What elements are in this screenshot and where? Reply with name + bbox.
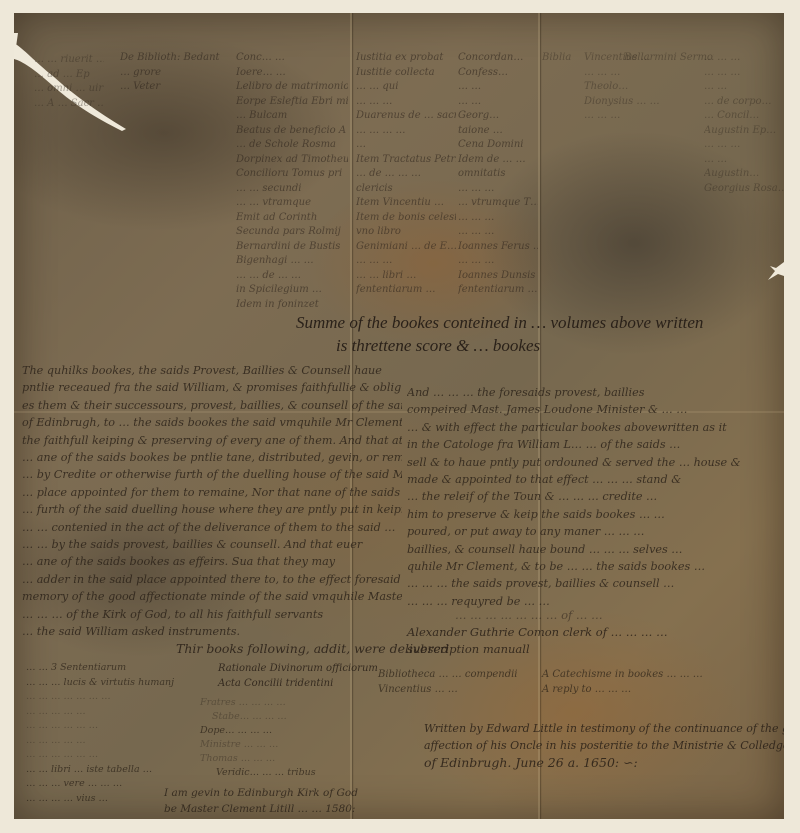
note-line: … … … … … …: [26, 719, 174, 734]
text-line: pntlie receaued fra the said William, & …: [22, 379, 402, 396]
summary-heading: Summe of the bookes conteined in … volum…: [296, 311, 776, 357]
note-line: … … … … … … …: [26, 690, 174, 705]
book-entry: Eorpe Esleftia Ebri mini: [236, 95, 348, 110]
book-list-column: Biblia: [542, 51, 582, 66]
left-paragraph: The quhilks bookes, the saids Provest, B…: [22, 362, 402, 641]
book-entry: Confess…: [458, 66, 538, 81]
book-entry: Augustin…: [704, 167, 784, 182]
note-line: … … … … … …: [26, 748, 174, 763]
text-line: compeired Mast. James Loudone Minister &…: [407, 401, 777, 418]
text-line: The quhilks bookes, the saids Provest, B…: [22, 362, 402, 379]
inscription-line: be Master Clement Litill … … 1580:: [164, 801, 358, 817]
book-entry: Concilioru Tomus pri: [236, 167, 348, 182]
book-list-column: Iustitia ex probat Iustitie collecta … ……: [356, 51, 456, 298]
signature-line: affection of his Oncle in his posteritie…: [424, 737, 784, 754]
text-line: sell & to haue pntly put ordouned & serv…: [407, 454, 777, 471]
text-line: memory of the good affectionate minde of…: [22, 588, 402, 605]
text-line: quhile Mr Clement, & to be … … the saids…: [407, 558, 777, 575]
book-entry: … … …: [704, 51, 784, 66]
book-entry: Iustitie collecta: [356, 66, 456, 81]
text-line: … … by the saids provest, baillies & cou…: [22, 536, 402, 553]
donation-inscription: I am gevin to Edinburgh Kirk of God be M…: [164, 785, 358, 817]
note-line: … … … … …: [26, 705, 174, 720]
book-entry: … … vtramque: [236, 196, 348, 211]
book-entry: … de corpo…: [704, 95, 784, 110]
book-entry: Lelibro de matrimonio: [236, 80, 348, 95]
book-list-column: Concordan… Confess… … … … … Georg… taion…: [458, 51, 538, 298]
book-entry: Bigenhagi … …: [236, 254, 348, 269]
book-entry: … … libri …: [356, 269, 456, 284]
book-entry: clericis: [356, 182, 456, 197]
book-entry: Idem de … …: [458, 153, 538, 168]
signature-note: Written by Edward Little in testimony of…: [424, 720, 784, 771]
parchment-document: … … riuerit … … ad … Ep … omni … uir ist…: [14, 13, 784, 819]
book-entry: … … de … …: [236, 269, 348, 284]
book-entry: omnitatis: [458, 167, 538, 182]
attestation-line: … … … … … … … of … …: [407, 607, 668, 624]
text-line: of Edinbrugh, to … the saids bookes the …: [22, 414, 402, 431]
bottom-middle-notes: Fratres … … … … Stabe… … … … Dope… … … ……: [200, 696, 316, 780]
book-entry: … omni … uir ista: [34, 82, 104, 97]
added-books-col2: Bibliotheca … … compendii Vincentius … …: [378, 667, 518, 697]
book-entry: … …: [704, 80, 784, 95]
text-line: … by Credite or otherwise furth of the d…: [22, 466, 402, 483]
note-line: … … libri … iste tabella …: [26, 763, 174, 778]
book-entry: Item de bonis celestibus: [356, 211, 456, 226]
book-entry: … … …: [704, 66, 784, 81]
book-entry: A Catechisme in bookes … … …: [542, 667, 703, 682]
text-line: … … … the saids provest, baillies & coun…: [407, 575, 777, 592]
book-entry: Rationale Divinorum officiorum: [218, 661, 378, 676]
text-line: the faithfull keiping & preserving of ev…: [22, 432, 402, 449]
right-paragraph: And … … … the foresaids provest, baillie…: [407, 384, 777, 610]
book-entry: … de … … …: [356, 167, 456, 182]
book-list-column: … … riuerit … … ad … Ep … omni … uir ist…: [34, 53, 104, 111]
book-entry: Acta Concilii tridentini: [218, 676, 378, 691]
book-list-column: … … … … … … … … … de corpo… … Concil… Au…: [704, 51, 784, 196]
text-line: … ane of the saids bookes be pntlie tane…: [22, 449, 402, 466]
attestation-line: Alexander Guthrie Comon clerk of … … … …: [407, 624, 668, 641]
book-entry: De Biblioth: Bedant: [120, 51, 220, 66]
note-line: … … … vere … … …: [26, 777, 174, 792]
book-entry: Item Tractatus Petri Sott: [356, 153, 456, 168]
book-entry: Iustitia ex probat: [356, 51, 456, 66]
summary-line: is threttene score & … bookes: [296, 334, 776, 357]
book-entry: taione …: [458, 124, 538, 139]
book-entry: … … …: [458, 225, 538, 240]
signature-line: Written by Edward Little in testimony of…: [424, 720, 784, 737]
book-entry: Georg…: [458, 109, 538, 124]
text-line: baillies, & counsell haue bound … … … se…: [407, 541, 777, 558]
book-entry: Beatus de beneficio A: [236, 124, 348, 139]
tear-damage-icon: [766, 260, 784, 282]
note-line: … … … … vius …: [26, 792, 174, 807]
book-entry: … … …: [356, 254, 456, 269]
book-entry: Bernardini de Bustis: [236, 240, 348, 255]
signature-date: of Edinbrugh. June 26 a. 1650: ∽:: [424, 754, 784, 771]
book-entry: vno libro: [356, 225, 456, 240]
note-line: Ministre … … …: [200, 738, 316, 752]
book-entry: … … …: [584, 109, 684, 124]
note-line: … … 3 Sententiarum: [26, 661, 174, 676]
text-line: … the said William asked instruments.: [22, 623, 402, 640]
text-line: made & appointed to that effect … … … st…: [407, 471, 777, 488]
text-line: … place appointed for them to remaine, N…: [22, 484, 402, 501]
note-line: Fratres … … … …: [200, 696, 316, 710]
text-line: … … contenied in the act of the delivera…: [22, 519, 402, 536]
book-entry: Bellarmini Sermones: [624, 51, 714, 66]
book-entry: Ioannes Ferus …: [458, 240, 538, 255]
book-entry: Ioere… …: [236, 66, 348, 81]
book-entry: … … … …: [356, 124, 456, 139]
note-line: … … … lucis & virtutis humanj: [26, 676, 174, 691]
book-entry: … … …: [584, 66, 684, 81]
book-entry: fententiarum …: [458, 283, 538, 298]
book-entry: … Bulcam: [236, 109, 348, 124]
book-entry: Secunda pars Rolmij: [236, 225, 348, 240]
book-entry: … … …: [458, 182, 538, 197]
note-line: Thomas … … …: [200, 752, 316, 766]
books-following-heading: Thir books following, addit, were delive…: [176, 640, 449, 657]
book-entry: … A … Sacr … ia: [34, 97, 104, 112]
book-entry: … … …: [704, 138, 784, 153]
book-entry: A reply to … … …: [542, 682, 703, 697]
book-entry: … … secundi: [236, 182, 348, 197]
text-line: … the releif of the Toun & … … … credite…: [407, 488, 777, 505]
book-entry: Bibliotheca … … compendii: [378, 667, 518, 682]
book-entry: Item Vincentiu …: [356, 196, 456, 211]
book-entry: in Spicilegium …: [236, 283, 348, 298]
book-entry: … Concil…: [704, 109, 784, 124]
book-entry: … grore: [120, 66, 220, 81]
book-entry: … …: [458, 80, 538, 95]
book-entry: Biblia: [542, 51, 582, 66]
book-entry: …: [356, 138, 456, 153]
book-entry: … … riuerit …: [34, 53, 104, 68]
bottom-left-notes: … … 3 Sententiarum … … … lucis & virtuti…: [26, 661, 174, 806]
book-entry: … de Schole Rosma: [236, 138, 348, 153]
book-entry: … … …: [458, 211, 538, 226]
text-line: … adder in the said place appointed ther…: [22, 571, 402, 588]
book-entry: … … qui: [356, 80, 456, 95]
book-entry: Emit ad Corinth: [236, 211, 348, 226]
book-entry: … …: [704, 153, 784, 168]
book-entry: … Veter: [120, 80, 220, 95]
book-entry: Conc… …: [236, 51, 348, 66]
text-line: … & with effect the particular bookes ab…: [407, 419, 777, 436]
book-entry: Genimiani … de E…: [356, 240, 456, 255]
book-entry: … …: [458, 95, 538, 110]
book-entry: Duarenus de … sacri: [356, 109, 456, 124]
text-line: him to preserve & keip the saids bookes …: [407, 506, 777, 523]
book-entry: … ad … Ep: [34, 68, 104, 83]
book-entry: … … …: [458, 254, 538, 269]
text-line: es them & their successours, provest, ba…: [22, 397, 402, 414]
text-line: … ane of the saids bookes as effeirs. Su…: [22, 553, 402, 570]
book-entry: Idem in foninzet: [236, 298, 348, 313]
book-list-column: De Biblioth: Bedant … grore … Veter: [120, 51, 220, 95]
note-line: Veridic… … … tribus: [200, 766, 316, 780]
book-entry: Theolo…: [584, 80, 684, 95]
added-books-col1: Rationale Divinorum officiorum Acta Conc…: [218, 661, 378, 691]
book-list-column: Conc… … Ioere… … Lelibro de matrimonio E…: [236, 51, 348, 312]
book-entry: Concordan…: [458, 51, 538, 66]
note-line: Stabe… … … …: [200, 710, 316, 724]
book-entry: … … …: [356, 95, 456, 110]
book-list-column: Bellarmini Sermones: [624, 51, 714, 66]
book-entry: Georgius Rosa…: [704, 182, 784, 197]
text-line: … … … of the Kirk of God, to all his fai…: [22, 606, 402, 623]
text-line: … furth of the said duelling house where…: [22, 501, 402, 518]
book-entry: Cena Domini: [458, 138, 538, 153]
book-entry: Dorpinex ad Timotheum: [236, 153, 348, 168]
text-line: in the Catologe fra William L… … of the …: [407, 436, 777, 453]
note-line: Dope… … … …: [200, 724, 316, 738]
book-entry: Ioannes Dunsis …: [458, 269, 538, 284]
book-entry: fententiarum …: [356, 283, 456, 298]
book-entry: Augustin Ep…: [704, 124, 784, 139]
summary-line: Summe of the bookes conteined in … volum…: [296, 311, 776, 334]
book-entry: Dionysius … …: [584, 95, 684, 110]
text-line: And … … … the foresaids provest, baillie…: [407, 384, 777, 401]
book-entry: … vtrumque T…: [458, 196, 538, 211]
inscription-line: I am gevin to Edinburgh Kirk of God: [164, 785, 358, 801]
added-books-col3: A Catechisme in bookes … … … A reply to …: [542, 667, 703, 697]
book-entry: Vincentius … …: [378, 682, 518, 697]
text-line: poured, or put away to any maner … … …: [407, 523, 777, 540]
note-line: … … … … …: [26, 734, 174, 749]
